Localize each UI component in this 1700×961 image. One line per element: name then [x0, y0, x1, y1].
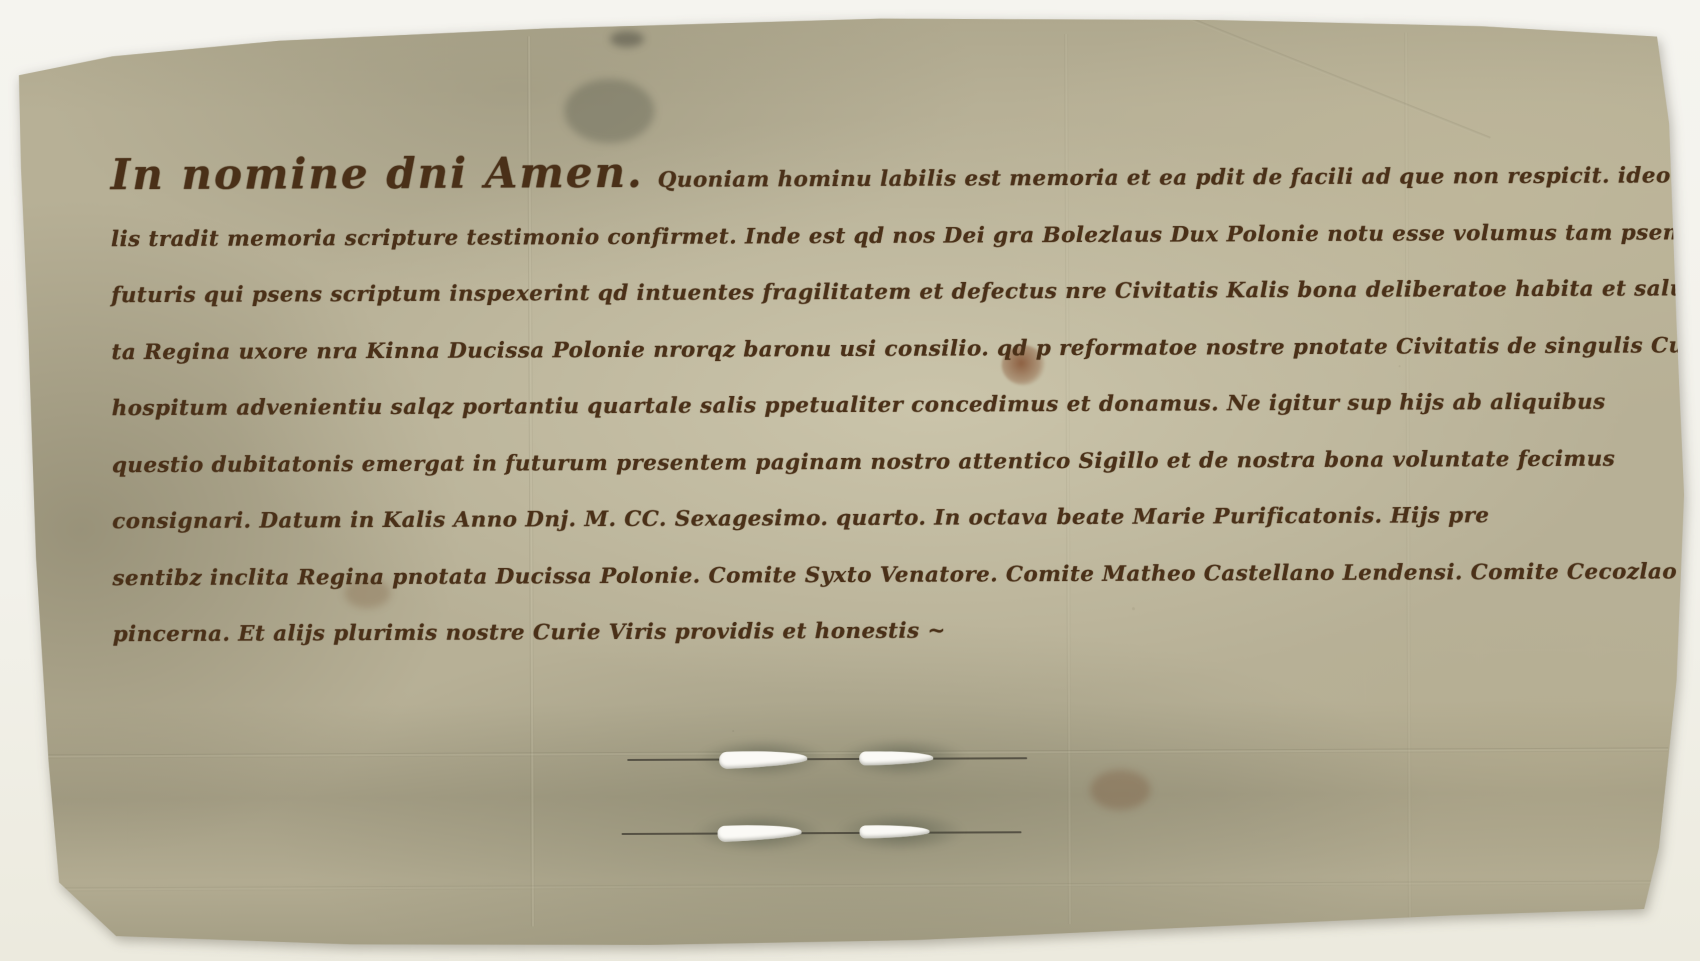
charter-line: questio dubitatonis emergat in futurum p…	[112, 432, 1472, 494]
charter-line-text: Quoniam hominu labilis est memoria et ea…	[658, 147, 1700, 209]
seal-slits-lower	[621, 817, 1021, 849]
seal-slits-upper	[627, 743, 1027, 775]
charter-line: pincerna. Et alijs plurimis nostre Curie…	[113, 601, 1473, 663]
parchment-surface: In nomine dni Amen. Quoniam hominu labil…	[12, 12, 1686, 947]
charter-text-block: In nomine dni Amen. Quoniam hominu labil…	[111, 141, 1473, 663]
charter-line: hospitum advenientiu salqz portantiu qua…	[112, 375, 1472, 437]
parchment-charter: In nomine dni Amen. Quoniam hominu labil…	[12, 12, 1686, 947]
ink-smudge-top-edge	[610, 31, 644, 47]
charter-line: futuris qui psens scriptum inspexerint q…	[111, 262, 1471, 324]
charter-line: In nomine dni Amen. Quoniam hominu labil…	[111, 141, 1471, 211]
photo-backdrop: In nomine dni Amen. Quoniam hominu labil…	[0, 0, 1700, 961]
stain-faint-lower	[1090, 770, 1150, 810]
charter-line: ta Regina uxore nra Kinna Ducissa Poloni…	[111, 319, 1471, 381]
ink-smudge-top	[564, 79, 654, 143]
charter-line: lis tradit memoria scripture testimonio …	[111, 206, 1471, 268]
charter-line: consignari. Datum in Kalis Anno Dnj. M. …	[112, 488, 1472, 550]
charter-line: sentibz inclita Regina pnotata Ducissa P…	[112, 545, 1472, 607]
charter-invocation: In nomine dni Amen.	[111, 145, 644, 203]
